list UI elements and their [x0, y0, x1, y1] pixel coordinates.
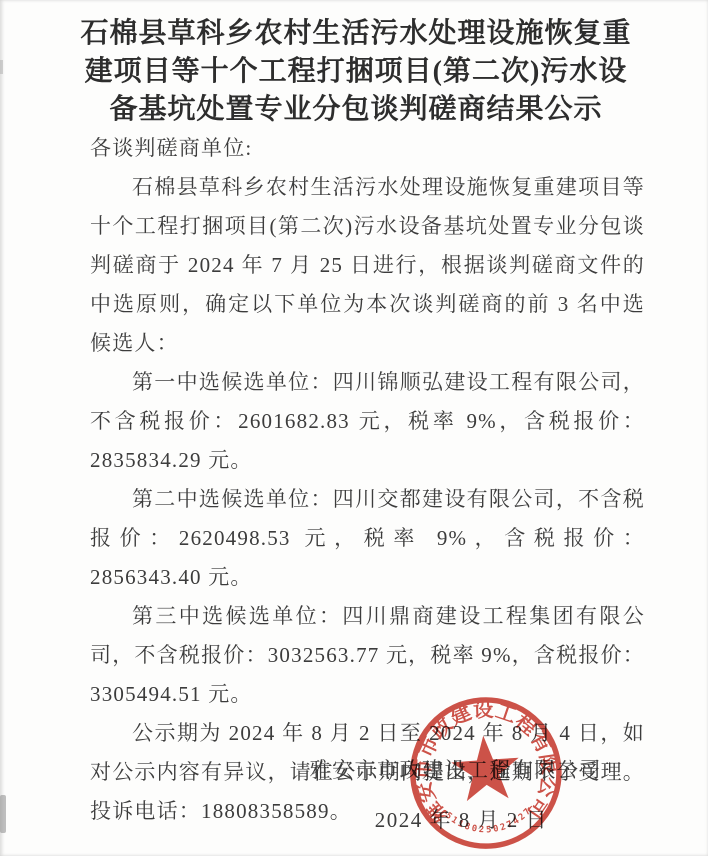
signature-block: 雅安市市政建设工程有限公司 2024 年 8 月 2 日: [0, 751, 708, 840]
title-line-3: 备基坑处置专业分包谈判磋商结果公示: [64, 91, 648, 129]
signature-company: 雅安市市政建设工程有限公司: [0, 751, 708, 790]
document-body: 各谈判磋商单位: 石棉县草科乡农村生活污水处理设施恢复重建项目等十个工程打捆项目…: [0, 129, 708, 831]
title-line-1: 石棉县草科乡农村生活污水处理设施恢复重: [64, 15, 648, 53]
paragraph-candidate-1: 第一中选候选单位：四川锦顺弘建设工程有限公司，不含税报价：2601682.83 …: [90, 363, 645, 480]
paragraph-candidate-2: 第二中选候选单位：四川交都建设有限公司，不含税报价：2620498.53 元，税…: [90, 480, 645, 597]
signature-date: 2024 年 8 月 2 日: [0, 801, 708, 840]
title-line-2: 建项目等十个工程打捆项目(第二次)污水设: [64, 53, 648, 91]
scan-artifact: [0, 795, 6, 833]
scan-artifact: [0, 60, 3, 74]
paragraph-intro: 石棉县草科乡农村生活污水处理设施恢复重建项目等十个工程打捆项目(第二次)污水设备…: [90, 168, 645, 363]
announcement-document: 石棉县草科乡农村生活污水处理设施恢复重 建项目等十个工程打捆项目(第二次)污水设…: [0, 0, 708, 856]
paragraph-candidate-3: 第三中选候选单位：四川鼎商建设工程集团有限公司，不含税报价：3032563.77…: [90, 597, 645, 714]
document-title: 石棉县草科乡农村生活污水处理设施恢复重 建项目等十个工程打捆项目(第二次)污水设…: [0, 0, 708, 129]
salutation: 各谈判磋商单位:: [90, 129, 645, 168]
